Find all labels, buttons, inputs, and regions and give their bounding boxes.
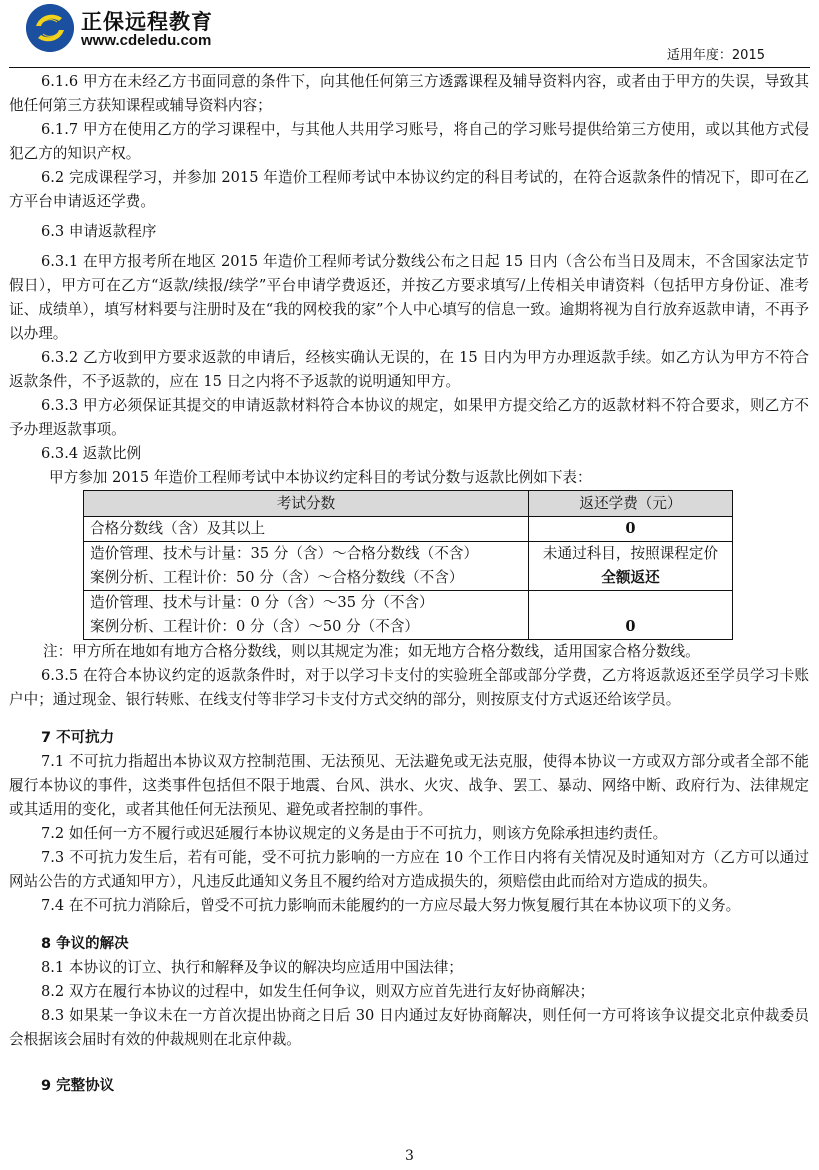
header-divider (9, 67, 810, 68)
clause-7-3: 7.3 不可抗力发生后，若有可能，受不可抗力影响的一方应在 10 个工作日内将有… (9, 846, 809, 894)
section-9-heading: 9 完整协议 (9, 1074, 809, 1098)
clause-8-2: 8.2 双方在履行本协议的过程中，如发生任何争议，则双方应首先进行友好协商解决； (9, 980, 809, 1004)
score-cell: 合格分数线（含）及其以上 (84, 517, 529, 542)
table-intro: 甲方参加 2015 年造价工程师考试中本协议约定科目的考试分数与返款比例如下表： (9, 466, 809, 490)
clause-7-1: 7.1 不可抗力指超出本协议双方控制范围、无法预见、无法避免或无法克服，使得本协… (9, 750, 809, 822)
refund-cell: 0 (529, 517, 733, 542)
applicable-year: 适用年度：2015 (667, 44, 765, 63)
document-body: 6.1.6 甲方在未经乙方书面同意的条件下，向其他任何第三方透露课程及辅导资料内… (9, 70, 809, 1098)
column-header-score: 考试分数 (84, 491, 529, 517)
swirl-logo-icon (26, 4, 74, 52)
page-header: 正保远程教育 www.cdeledu.com 适用年度：2015 (0, 0, 819, 69)
score-cell: 造价管理、技术与计量：0 分（含）～35 分（不含） 案例分析、工程计价：0 分… (84, 591, 529, 640)
clause-6-1-6: 6.1.6 甲方在未经乙方书面同意的条件下，向其他任何第三方透露课程及辅导资料内… (9, 70, 809, 118)
clause-6-3-3: 6.3.3 甲方必须保证其提交的申请返款材料符合本协议的规定，如果甲方提交给乙方… (9, 394, 809, 442)
table-header-row: 考试分数 返还学费（元） (84, 491, 733, 517)
page-number: 3 (0, 1148, 819, 1164)
refund-cell: 0 (529, 591, 733, 640)
column-header-refund: 返还学费（元） (529, 491, 733, 517)
clause-6-3-1: 6.3.1 在甲方报考所在地区 2015 年造价工程师考试分数线公布之日起 15… (9, 250, 809, 346)
section-6-3-heading: 6.3 申请返款程序 (9, 220, 809, 244)
table-note: 注：甲方所在地如有地方合格分数线，则以其规定为准；如无地方合格分数线，适用国家合… (9, 640, 809, 664)
clause-7-2: 7.2 如任何一方不履行或迟延履行本协议规定的义务是由于不可抗力，则该方免除承担… (9, 822, 809, 846)
clause-7-4: 7.4 在不可抗力消除后，曾受不可抗力影响而未能履约的一方应尽最大努力恢复履行其… (9, 894, 809, 918)
clause-6-3-5: 6.3.5 在符合本协议约定的返款条件时，对于以学习卡支付的实验班全部或部分学费… (9, 664, 809, 712)
section-8-heading: 8 争议的解决 (9, 932, 809, 956)
clause-8-3: 8.3 如果某一争议未在一方首次提出协商之日后 30 日内通过友好协商解决，则任… (9, 1004, 809, 1052)
clause-6-3-2: 6.3.2 乙方收到甲方要求返款的申请后，经核实确认无误的，在 15 日内为甲方… (9, 346, 809, 394)
refund-cell: 未通过科目，按照课程定价 全额返还 (529, 542, 733, 591)
table-row: 合格分数线（含）及其以上 0 (84, 517, 733, 542)
table-row: 造价管理、技术与计量：35 分（含）～合格分数线（不含） 案例分析、工程计价：5… (84, 542, 733, 591)
clause-8-1: 8.1 本协议的订立、执行和解释及争议的解决均应适用中国法律； (9, 956, 809, 980)
score-cell: 造价管理、技术与计量：35 分（含）～合格分数线（不含） 案例分析、工程计价：5… (84, 542, 529, 591)
clause-6-2: 6.2 完成课程学习，并参加 2015 年造价工程师考试中本协议约定的科目考试的… (9, 166, 809, 214)
section-7-heading: 7 不可抗力 (9, 726, 809, 750)
brand-url: www.cdeledu.com (81, 32, 211, 49)
clause-6-3-4-heading: 6.3.4 返款比例 (9, 442, 809, 466)
table-row: 造价管理、技术与计量：0 分（含）～35 分（不含） 案例分析、工程计价：0 分… (84, 591, 733, 640)
refund-ratio-table: 考试分数 返还学费（元） 合格分数线（含）及其以上 0 造价管理、技术与计量：3… (83, 490, 733, 640)
clause-6-1-7: 6.1.7 甲方在使用乙方的学习课程中，与其他人共用学习账号，将自己的学习账号提… (9, 118, 809, 166)
